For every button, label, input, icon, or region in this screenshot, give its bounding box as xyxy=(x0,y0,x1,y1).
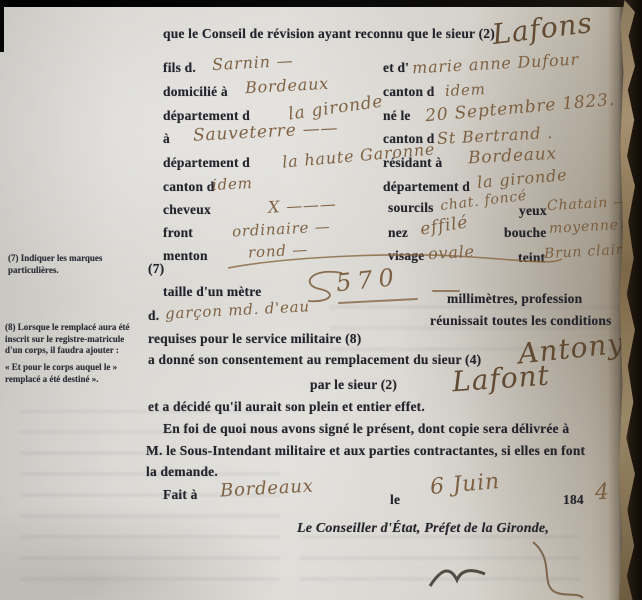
printed-officer-title: Le Conseiller d'État, Préfet de la Giron… xyxy=(297,521,549,537)
field-value-nez: effilé xyxy=(419,212,470,239)
printed-taille-suffix: millimètres, profession xyxy=(447,291,582,307)
printed-par-sieur-line: par le sieur (2) xyxy=(310,377,397,393)
field-label-canton3: canton d xyxy=(163,179,215,195)
scanned-document-page: que le Conseil de révision ayant reconnu… xyxy=(0,0,642,600)
printed-year: 184 xyxy=(563,492,584,508)
handwritten-date: 6 Juin xyxy=(429,469,501,500)
field-value-front: ordinaire — xyxy=(232,217,331,240)
field-value-cheveux: X ——— xyxy=(268,194,337,217)
field-label-bouche: bouche xyxy=(504,225,546,241)
field-label-domicilie: domicilié à xyxy=(163,84,228,100)
field-label-cheveux: cheveux xyxy=(163,202,211,218)
field-value-fils: Sarnin — xyxy=(212,51,294,74)
field-value-taille: 570 xyxy=(335,263,401,298)
field-label-etd: et d' xyxy=(383,60,409,76)
printed-requises-line: requises pour le service militaire (8) xyxy=(148,331,361,347)
margin-note-7: (7) Indiquer les marques particulières. xyxy=(8,253,136,276)
printed-enfoi-line1: En foi de quoi nous avons signé le prése… xyxy=(163,421,569,437)
printed-conditions-line: réunissait toutes les conditions xyxy=(430,313,612,329)
field-label-taille: taille d'un mètre xyxy=(163,284,261,300)
photo-top-edge xyxy=(0,0,642,7)
handwritten-fait-place: Bordeaux xyxy=(220,476,315,502)
printed-fait-label: Fait à xyxy=(163,487,198,503)
field-value-canton3: idem xyxy=(212,174,254,194)
photo-left-edge xyxy=(0,0,4,52)
handwritten-replacement-name: Lafont xyxy=(451,359,551,399)
handwritten-surname: Lafons xyxy=(490,6,594,51)
printed-consent-line: a donné son consentement au remplacement… xyxy=(148,352,481,368)
field-value-canton1: idem xyxy=(445,80,487,100)
field-label-nele: né le xyxy=(383,108,411,124)
field-label-dept1: département d xyxy=(163,108,250,124)
field-label-dept2: département d xyxy=(163,155,250,171)
margin-note-8: (8) Lorsque le remplacé aura été inscrit… xyxy=(5,322,133,357)
field-value-profession: garçon md. d'eau xyxy=(165,297,311,323)
field-label-yeux: yeux xyxy=(519,203,547,219)
field-label-a: à xyxy=(163,131,170,147)
printed-enfoi-line2: M. le Sous-Intendant militaire et aux pa… xyxy=(146,443,585,459)
printed-le-label: le xyxy=(390,492,400,508)
field-value-domicilie: Bordeaux xyxy=(245,74,330,97)
field-label-dept3: département d xyxy=(383,179,470,195)
field-label-front: front xyxy=(163,225,193,241)
margin-note-8-quote: « Et pour le corps auquel le » remplacé … xyxy=(5,362,133,385)
field-value-etd: marie anne Dufour xyxy=(412,50,580,78)
field-label-residant: résidant à xyxy=(383,155,442,171)
field-label-nez: nez xyxy=(388,225,408,241)
printed-profession-prefix: d. xyxy=(148,308,159,324)
printed-decide-line: et a décidé qu'il aurait son plein et en… xyxy=(148,399,425,415)
printed-ref-7: (7) xyxy=(148,261,164,277)
signature-stroke xyxy=(405,540,605,600)
field-label-sourcils: sourcils xyxy=(388,200,434,216)
printed-enfoi-line3: la demande. xyxy=(146,464,218,480)
field-label-fils: fils d. xyxy=(163,60,196,76)
printed-header-line: que le Conseil de révision ayant reconnu… xyxy=(163,26,495,42)
field-value-residant: Bordeaux xyxy=(468,144,558,169)
field-label-menton: menton xyxy=(163,248,208,264)
handwritten-underline xyxy=(338,298,418,304)
field-label-canton1: canton d xyxy=(383,84,435,100)
